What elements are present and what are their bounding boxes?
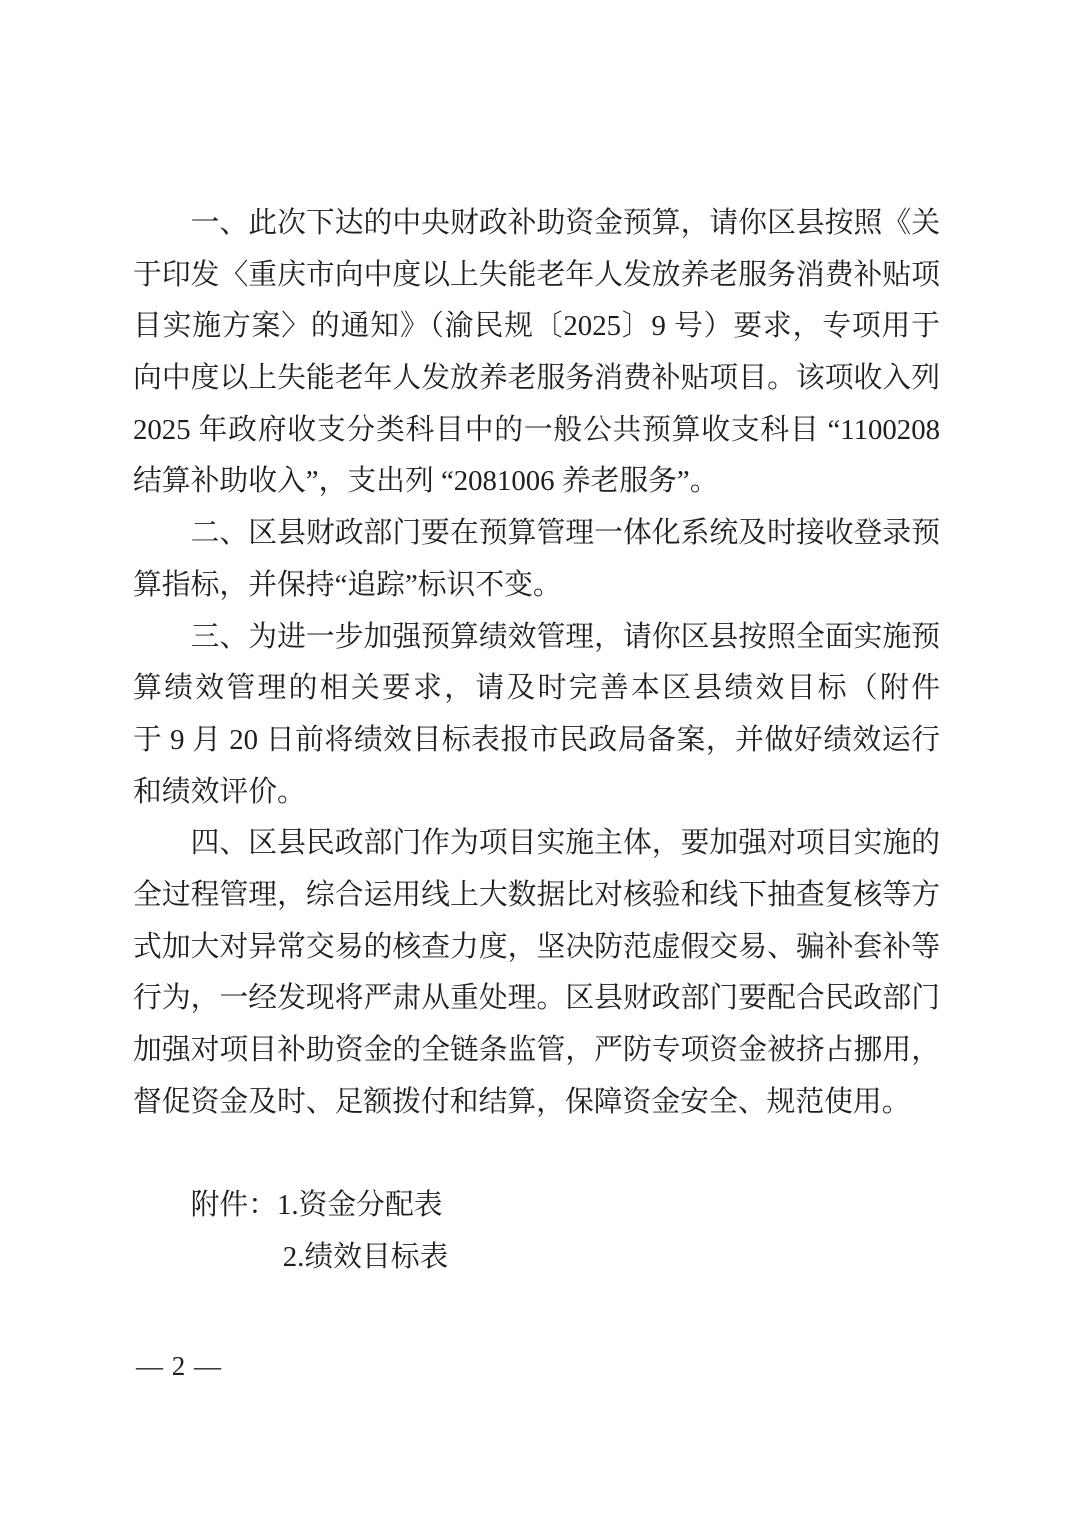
body-line: 于印发〈重庆市向中度以上失能老年人发放养老服务消费补贴项 bbox=[133, 250, 940, 302]
body-line: 于 9 月 20 日前将绩效目标表报市民政局备案，并做好绩效运行 bbox=[133, 715, 940, 767]
body-line: 目实施方案〉的通知》（渝民规〔2025〕9 号）要求，专项用于 bbox=[133, 301, 940, 353]
body-line: 结算补助收入”，支出列 “2081006 养老服务”。 bbox=[133, 456, 940, 508]
body-line: 行为，一经发现将严肃从重处理。区县财政部门要配合民政部门 bbox=[133, 973, 940, 1025]
body-line: 式加大对异常交易的核查力度，坚决防范虚假交易、骗补套补等 bbox=[133, 922, 940, 974]
document-body: 一、此次下达的中央财政补助资金预算，请你区县按照《关 于印发〈重庆市向中度以上失… bbox=[133, 198, 940, 1283]
document-page: 一、此次下达的中央财政补助资金预算，请你区县按照《关 于印发〈重庆市向中度以上失… bbox=[0, 0, 1074, 1520]
body-line: 督促资金及时、足额拨付和结算，保障资金安全、规范使用。 bbox=[133, 1077, 940, 1129]
body-line: 三、为进一步加强预算绩效管理，请你区县按照全面实施预 bbox=[133, 612, 940, 664]
page-number: — 2 — bbox=[136, 1348, 222, 1384]
attachment-line-1: 附件：1.资金分配表 bbox=[133, 1180, 940, 1232]
blank-line bbox=[133, 1128, 940, 1180]
body-line: 四、区县民政部门作为项目实施主体，要加强对项目实施的 bbox=[133, 818, 940, 870]
body-line: 全过程管理，综合运用线上大数据比对核验和线下抽查复核等方 bbox=[133, 870, 940, 922]
body-line: 一、此次下达的中央财政补助资金预算，请你区县按照《关 bbox=[133, 198, 940, 250]
body-line: 算绩效管理的相关要求，请及时完善本区县绩效目标（附件 2）， bbox=[133, 663, 940, 715]
body-line: 二、区县财政部门要在预算管理一体化系统及时接收登录预 bbox=[133, 508, 940, 560]
body-line: 向中度以上失能老年人发放养老服务消费补贴项目。该项收入列 bbox=[133, 353, 940, 405]
attachment-line-2: 2.绩效目标表 bbox=[133, 1232, 940, 1284]
body-line: 2025 年政府收支分类科目中的一般公共预算收支科目 “1100208 bbox=[133, 405, 940, 457]
body-line: 和绩效评价。 bbox=[133, 767, 940, 819]
body-line: 算指标，并保持“追踪”标识不变。 bbox=[133, 560, 940, 612]
body-line: 加强对项目补助资金的全链条监管，严防专项资金被挤占挪用， bbox=[133, 1025, 940, 1077]
